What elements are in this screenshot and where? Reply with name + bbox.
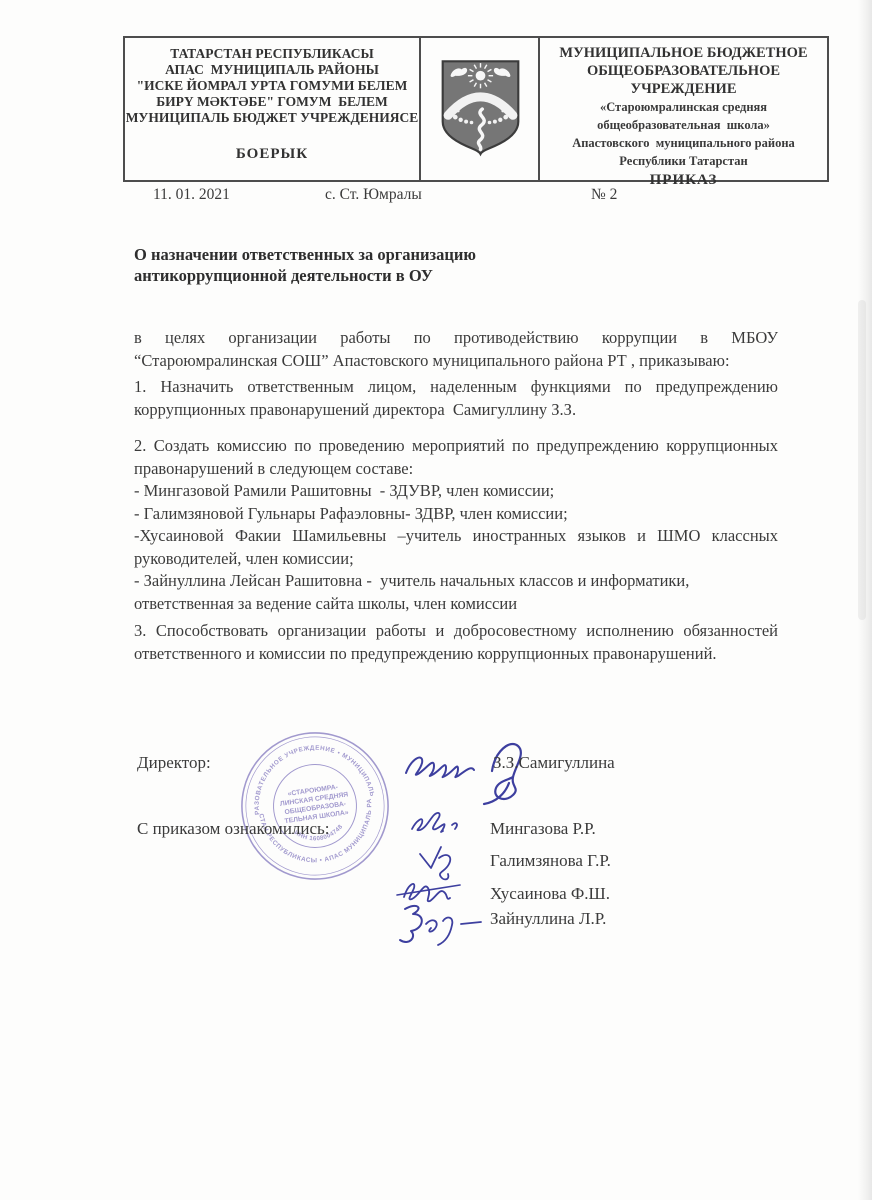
scan-smudge — [858, 300, 866, 620]
commission-member-line: - Зайнуллина Лейсан Рашитовна - учитель … — [134, 570, 778, 593]
letterhead-line: БИРҮ МӘКТӘБЕ" ГОМУМ БЕЛЕМ — [125, 94, 419, 110]
order-number: № 2 — [591, 186, 617, 204]
coat-of-arms-icon — [440, 48, 521, 170]
body-line: “Староюмралинская СОШ” Апастовского муни… — [134, 350, 778, 373]
letterhead-right-russian: МУНИЦИПАЛЬНОЕ БЮДЖЕТНОЕ ОБЩЕОБРАЗОВАТЕЛЬ… — [540, 38, 827, 180]
letterhead-line: ТАТАРСТАН РЕСПУБЛИКАСЫ — [125, 46, 419, 62]
scanned-order-document: ТАТАРСТАН РЕСПУБЛИКАСЫ АПАС МУНИЦИПАЛЬ Р… — [0, 0, 872, 1200]
letterhead-line: «Староюмралинская средняя — [540, 98, 827, 116]
requisites-row: 11. 01. 2021 с. Ст. Юмралы № 2 — [0, 186, 872, 208]
letterhead-line: "ИСКЕ ЙОМРАЛ УРТА ГОМУМИ БЕЛЕМ — [125, 78, 419, 94]
body-line: правонарушений в следующем составе: — [134, 458, 778, 481]
letterhead-line: общеобразовательная школа» — [540, 116, 827, 134]
commission-member-line: - Мингазовой Рамили Рашитовны - ЗДУВР, ч… — [134, 480, 778, 503]
letterhead-left-tatar: ТАТАРСТАН РЕСПУБЛИКАСЫ АПАС МУНИЦИПАЛЬ Р… — [125, 38, 421, 180]
director-name: З.З.Самигуллина — [493, 753, 615, 773]
title-line: О назначении ответственных за организаци… — [134, 244, 778, 265]
body-line: 1. Назначить ответственным лицом, наделе… — [134, 376, 778, 399]
commission-member-line: - Галимзяновой Гульнары Рафаэловны- ЗДВР… — [134, 503, 778, 526]
order-point-2: 2. Создать комиссию по проведению меропр… — [134, 435, 778, 615]
body-line: 2. Создать комиссию по проведению меропр… — [134, 435, 778, 458]
signature-icon — [408, 806, 466, 838]
order-date: 11. 01. 2021 — [153, 186, 230, 204]
commission-member-line: руководителей, член комиссии; — [134, 548, 778, 571]
letterhead-line: МУНИЦИПАЛЬНОЕ БЮДЖЕТНОЕ — [540, 44, 827, 62]
signature-icon — [388, 900, 492, 948]
letterhead-emblem-cell — [421, 38, 540, 180]
ack-name: Мингазова Р.Р. — [490, 819, 596, 839]
body-line: в целях организации работы по противодей… — [134, 327, 778, 350]
ack-name: Галимзянова Г.Р. — [490, 851, 611, 871]
round-school-seal: ОБЩЕОБРАЗОВАТЕЛЬНОЕ УЧРЕЖДЕНИЕ • МУНИЦИП… — [226, 717, 404, 895]
letterhead-line: Апастовского муниципального района — [540, 134, 827, 152]
letterhead-line: УЧРЕЖДЕНИЕ — [540, 80, 827, 98]
preamble-paragraph: в целях организации работы по противодей… — [134, 327, 778, 372]
body-line: ответственного и комиссии по предупрежде… — [134, 643, 778, 666]
ack-label: С приказом ознакомились: — [137, 819, 330, 839]
title-line: антикоррупционной деятельности в ОУ — [134, 265, 778, 286]
order-point-3: 3. Способствовать организации работы и д… — [134, 620, 778, 665]
letterhead-line: АПАС МУНИЦИПАЛЬ РАЙОНЫ — [125, 62, 419, 78]
order-point-1: 1. Назначить ответственным лицом, наделе… — [134, 376, 778, 421]
letterhead-line: МУНИЦИПАЛЬ БЮДЖЕТ УЧРЕЖДЕНИЯСЕ — [125, 110, 419, 126]
director-label: Директор: — [137, 753, 211, 773]
ack-name: Хусаинова Ф.Ш. — [490, 884, 610, 904]
body-line: коррупционных правонарушений директора С… — [134, 399, 778, 422]
letterhead-line: Республики Татарстан — [540, 152, 827, 170]
letterhead-table: ТАТАРСТАН РЕСПУБЛИКАСЫ АПАС МУНИЦИПАЛЬ Р… — [123, 36, 829, 182]
commission-member-line: -Хусаиновой Факии Шамильевны –учитель ин… — [134, 525, 778, 548]
doc-type-tatar: БОЕРЫК — [125, 146, 419, 163]
order-title: О назначении ответственных за организаци… — [134, 244, 778, 286]
order-place: с. Ст. Юмралы — [325, 186, 422, 204]
body-line: 3. Способствовать организации работы и д… — [134, 620, 778, 643]
ack-name: Зайнуллина Л.Р. — [490, 909, 606, 929]
letterhead-line: ОБЩЕОБРАЗОВАТЕЛЬНОЕ — [540, 62, 827, 80]
commission-member-line: ответственная за ведение сайта школы, чл… — [134, 593, 778, 616]
